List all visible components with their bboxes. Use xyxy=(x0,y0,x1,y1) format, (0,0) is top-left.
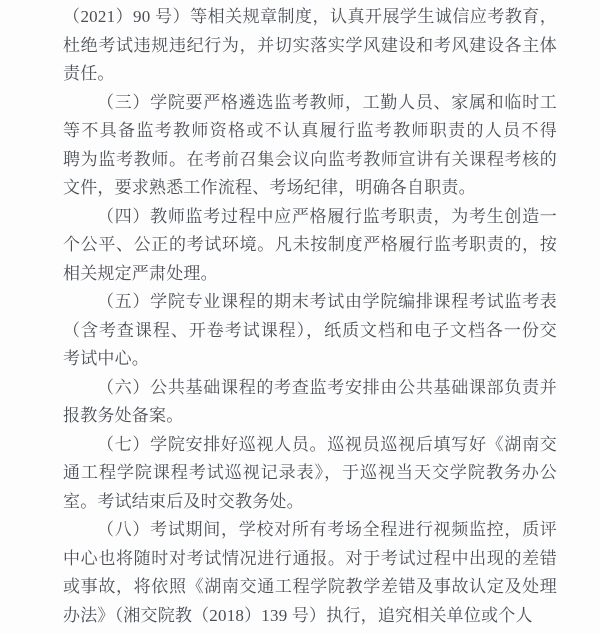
text-line: （六）公共基础课程的考查监考安排由公共基础课部负责并 xyxy=(63,374,557,403)
text-line: 报教务处备案。 xyxy=(63,402,557,431)
text-line: （四）教师监考过程中应严格履行监考职责，为考生创造一 xyxy=(63,203,557,232)
text-line: 个公平、公正的考试环境。凡未按制度严格履行监考职责的，按 xyxy=(63,231,557,260)
paragraph: （五）学院专业课程的期末考试由学院编排课程考试监考表 （含考查课程、开卷考试课程… xyxy=(63,288,557,374)
document-page: （2021）90 号）等相关规章制度，认真开展学生诚信应考教育， 杜绝考试违规违… xyxy=(0,0,600,633)
text-line: （含考查课程、开卷考试课程），纸质文档和电子文档各一份交 xyxy=(63,317,557,346)
text-line: 等不具备监考教师资格或不认真履行监考教师职责的人员不得 xyxy=(63,117,557,146)
text-line: 聘为监考教师。在考前召集会议向监考教师宣讲有关课程考核的 xyxy=(63,146,557,175)
paragraph: （七）学院安排好巡视人员。巡视员巡视后填写好《湖南交 通工程学院课程考试巡视记录… xyxy=(63,431,557,517)
text-line: （七）学院安排好巡视人员。巡视员巡视后填写好《湖南交 xyxy=(63,431,557,460)
paragraph: （三）学院要严格遴选监考教师，工勤人员、家属和临时工 等不具备监考教师资格或不认… xyxy=(63,89,557,203)
text-line: 杜绝考试违规违纪行为，并切实落实学风建设和考风建设各主体 xyxy=(63,32,557,61)
text-line: 通工程学院课程考试巡视记录表》，于巡视当天交学院教务办公 xyxy=(63,459,557,488)
paragraph: （六）公共基础课程的考查监考安排由公共基础课部负责并 报教务处备案。 xyxy=(63,374,557,431)
text-line: 考试中心。 xyxy=(63,345,557,374)
text-line: 文件，要求熟悉工作流程、考场纪律，明确各自职责。 xyxy=(63,174,557,203)
text-line: 中心也将随时对考试情况进行通报。对于考试过程中出现的差错 xyxy=(63,545,557,574)
paragraph: （四）教师监考过程中应严格履行监考职责，为考生创造一 个公平、公正的考试环境。凡… xyxy=(63,203,557,289)
text-line: （五）学院专业课程的期末考试由学院编排课程考试监考表 xyxy=(63,288,557,317)
text-line: （2021）90 号）等相关规章制度，认真开展学生诚信应考教育， xyxy=(63,3,557,32)
text-line: （三）学院要严格遴选监考教师，工勤人员、家属和临时工 xyxy=(63,89,557,118)
text-line: 责任。 xyxy=(63,60,557,89)
text-line: 相关规定严肃处理。 xyxy=(63,260,557,289)
text-line: 办法》（湘交院教（2018）139 号）执行，追究相关单位或个人 xyxy=(63,602,557,631)
paragraph: （2021）90 号）等相关规章制度，认真开展学生诚信应考教育， 杜绝考试违规违… xyxy=(63,3,557,89)
text-line: 或事故，将依照《湖南交通工程学院教学差错及事故认定及处理 xyxy=(63,573,557,602)
text-line: （八）考试期间，学校对所有考场全程进行视频监控，质评 xyxy=(63,516,557,545)
paragraph: （八）考试期间，学校对所有考场全程进行视频监控，质评 中心也将随时对考试情况进行… xyxy=(63,516,557,630)
text-line: 室。考试结束后及时交教务处。 xyxy=(63,488,557,517)
